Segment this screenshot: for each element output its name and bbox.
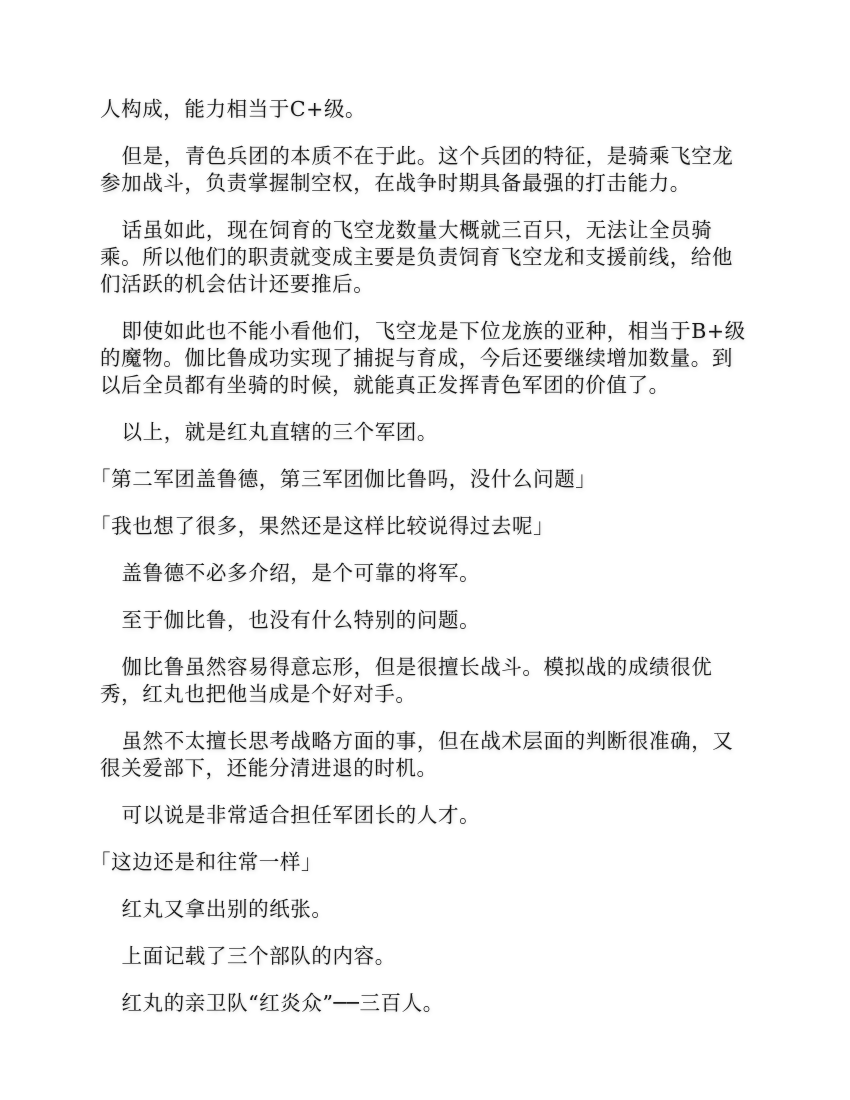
- paragraph-guard-unit: 红丸的亲卫队“红炎众”──三百人。: [100, 990, 752, 1017]
- dialogue-line: 「这边还是和往常一样」: [100, 849, 752, 876]
- paragraph-gabiru: 至于伽比鲁，也没有什么特别的问题。: [100, 607, 752, 634]
- document-page: 人构成，能力相当于C+级。 但是，青色兵团的本质不在于此。这个兵团的特征，是骑乘…: [100, 96, 752, 1037]
- dialogue-line: 「第二军团盖鲁德，第三军团伽比鲁吗，没什么问题」: [100, 466, 752, 493]
- paragraph-paper: 红丸又拿出别的纸张。: [100, 896, 752, 923]
- dialogue-line: 「我也想了很多，果然还是这样比较说得过去呢」: [100, 513, 752, 540]
- paragraph-blue-legion-essence: 但是，青色兵团的本质不在于此。这个兵团的特征，是骑乘飞空龙参加战斗，负责掌握制空…: [100, 143, 752, 197]
- paragraph-geld: 盖鲁德不必多介绍，是个可靠的将军。: [100, 560, 752, 587]
- paragraph-flying-dragon-value: 即使如此也不能小看他们，飞空龙是下位龙族的亚种，相当于B+级的魔物。伽比鲁成功实…: [100, 318, 752, 399]
- paragraph-continuation: 人构成，能力相当于C+级。: [100, 96, 752, 123]
- paragraph-gabiru-tactics: 虽然不太擅长思考战略方面的事，但在战术层面的判断很准确，又很关爱部下，还能分清进…: [100, 728, 752, 782]
- paragraph-gabiru-combat: 伽比鲁虽然容易得意忘形，但是很擅长战斗。模拟战的成绩很优秀，红丸也把他当成是个好…: [100, 654, 752, 708]
- paragraph-three-legions: 以上，就是红丸直辖的三个军团。: [100, 419, 752, 446]
- paragraph-three-units: 上面记载了三个部队的内容。: [100, 943, 752, 970]
- paragraph-flying-dragon-count: 话虽如此，现在饲育的飞空龙数量大概就三百只，无法让全员骑乘。所以他们的职责就变成…: [100, 217, 752, 298]
- paragraph-gabiru-talent: 可以说是非常适合担任军团长的人才。: [100, 802, 752, 829]
